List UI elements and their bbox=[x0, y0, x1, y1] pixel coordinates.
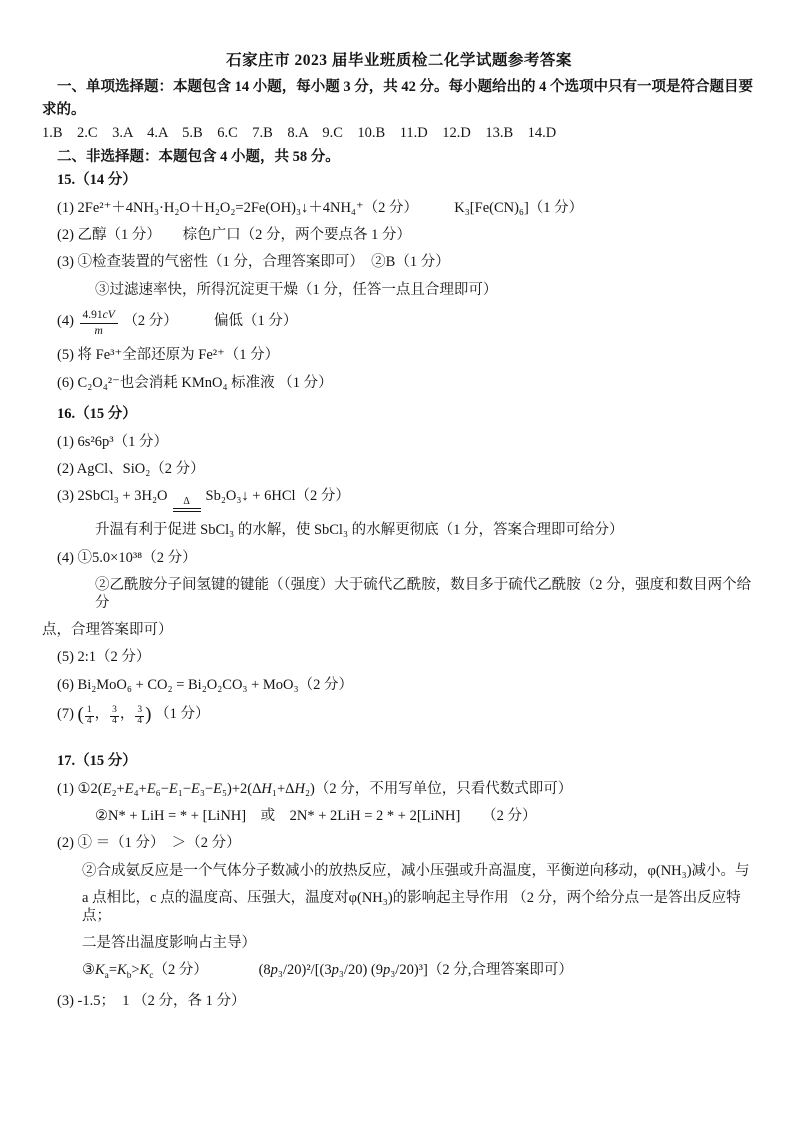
answer-line-15-1: (1) 2Fe²⁺＋4NH₃·H₂O＋H₂O₂=2Fe(OH)₃↓＋4NH₄⁺（… bbox=[57, 200, 756, 217]
answer-line-17-2d: 二是答出温度影响占主导） bbox=[82, 935, 756, 952]
section-one-heading: 一、单项选择题：本题包含 14 小题，每小题 3 分，共 42 分。每小题给出的… bbox=[57, 79, 756, 96]
answer-line-17-3: (3) -1.5； 1 （2 分，各 1 分） bbox=[57, 993, 756, 1010]
answer-line-16-7: (7) (14，34，34) （1 分） bbox=[57, 704, 756, 727]
answer-line-16-1: (1) 6s²6p³（1 分） bbox=[57, 434, 756, 451]
answer-line-16-3b: 升温有利于促进 SbCl₃ 的水解，使 SbCl₃ 的水解更彻底（1 分，答案合… bbox=[95, 522, 756, 539]
item-label: (4) bbox=[57, 313, 74, 329]
equation-right-side: Sb₂O₃↓ + 6HCl（2 分） bbox=[206, 488, 350, 504]
fraction-separator: ， bbox=[95, 706, 110, 722]
answer-line-15-2: (2) 乙醇（1 分） 棕色广口（2 分，两个要点各 1 分） bbox=[57, 227, 756, 244]
coordinate-fraction-3: 34 bbox=[135, 706, 144, 727]
open-paren: ( bbox=[78, 704, 84, 725]
heated-equals-symbol: Δ bbox=[173, 497, 201, 512]
answer-line-17-1: (1) ①2(E₂+E₄+E₆−E₁−E₃−E₅)+2(ΔH₁+ΔH₂)（2 分… bbox=[57, 781, 756, 798]
answer-line-17-2e: ③Ka=Kb>Kc（2 分） (8p₃/20)²/[(3p₃/20) (9p₃/… bbox=[82, 962, 756, 982]
exam-answer-sheet-page: 石家庄市 2023 届毕业班质检二化学试题参考答案 一、单项选择题：本题包含 1… bbox=[0, 0, 794, 1123]
question-15-heading: 15.（14 分） bbox=[57, 172, 756, 189]
answer-line-15-4: (4) 4.91cVm （2 分） 偏低（1 分） bbox=[57, 309, 756, 337]
item-label: (7) bbox=[57, 706, 74, 722]
close-paren: ) bbox=[145, 704, 151, 725]
question-16-heading: 16.（15 分） bbox=[57, 406, 756, 423]
equation-left-side: (3) 2SbCl₃ + 3H₂O bbox=[57, 488, 168, 504]
answer-line-16-6: (6) Bi₂MoO₆ + CO₂ = Bi₂O₂CO₃ + MoO₃（2 分） bbox=[57, 677, 756, 694]
answer-line-17-2b: ②合成氨反应是一个气体分子数减小的放热反应，减小压强或升高温度，平衡逆向移动，φ… bbox=[82, 863, 756, 880]
answer-text: （2 分） 偏低（1 分） bbox=[123, 313, 297, 329]
answer-line-16-3: (3) 2SbCl₃ + 3H₂OΔSb₂O₃↓ + 6HCl（2 分） bbox=[57, 488, 756, 512]
question-17-heading: 17.（15 分） bbox=[57, 753, 756, 770]
answer-line-15-5: (5) 将 Fe³⁺全部还原为 Fe²⁺（1 分） bbox=[57, 347, 756, 364]
fraction-denominator: m bbox=[80, 324, 118, 338]
fraction-denominator: 4 bbox=[135, 717, 144, 727]
answer-line-17-1b: ②N* + LiH = * + [LiNH] 或 2N* + 2LiH = 2 … bbox=[95, 808, 756, 825]
answer-line-15-3: (3) ①检查装置的气密性（1 分，合理答案即可） ②B（1 分） bbox=[57, 254, 756, 271]
page-title: 石家庄市 2023 届毕业班质检二化学试题参考答案 bbox=[42, 52, 756, 71]
double-line-equals bbox=[173, 508, 201, 512]
answer-line-15-6: (6) C₂O₄²⁻也会消耗 KMnO₄ 标准液 （1 分） bbox=[57, 375, 756, 392]
fraction-separator: ， bbox=[120, 706, 135, 722]
answer-line-15-3b: ③过滤速率快，所得沉淀更干燥（1 分，任答一点且合理即可） bbox=[95, 282, 756, 299]
answer-line-17-2: (2) ① ＝（1 分） ＞（2 分） bbox=[57, 835, 756, 852]
multiple-choice-answers: 1.B 2.C 3.A 4.A 5.B 6.C 7.B 8.A 9.C 10.B… bbox=[42, 125, 756, 142]
answer-line-16-4: (4) ①5.0×10³⁸（2 分） bbox=[57, 550, 756, 567]
coordinate-fraction-1: 14 bbox=[85, 706, 94, 727]
fraction-denominator: 4 bbox=[85, 717, 94, 727]
section-one-heading-cont: 求的。 bbox=[42, 102, 756, 119]
answer-text: （1 分） bbox=[155, 706, 209, 722]
answer-line-16-4b: ②乙酰胺分子间氢键的键能（（强度）大于硫代乙酰胺，数目多于硫代乙酰胺（2 分，强… bbox=[95, 577, 756, 612]
answer-line-16-4c: 点，合理答案即可） bbox=[42, 622, 756, 639]
fraction-numerator: 4.91cV bbox=[80, 309, 118, 324]
fraction-denominator: 4 bbox=[110, 717, 119, 727]
answer-line-16-2: (2) AgCl、SiO₂（2 分） bbox=[57, 461, 756, 478]
delta-condition: Δ bbox=[183, 497, 189, 508]
answer-line-16-5: (5) 2:1（2 分） bbox=[57, 649, 756, 666]
fraction-4-91cV-over-m: 4.91cVm bbox=[80, 309, 118, 337]
section-two-heading: 二、非选择题：本题包含 4 小题，共 58 分。 bbox=[57, 149, 756, 166]
coordinate-fraction-2: 34 bbox=[110, 706, 119, 727]
answer-line-17-2c: a 点相比，c 点的温度高、压强大，温度对φ(NH₃)的影响起主导作用 （2 分… bbox=[82, 890, 756, 925]
